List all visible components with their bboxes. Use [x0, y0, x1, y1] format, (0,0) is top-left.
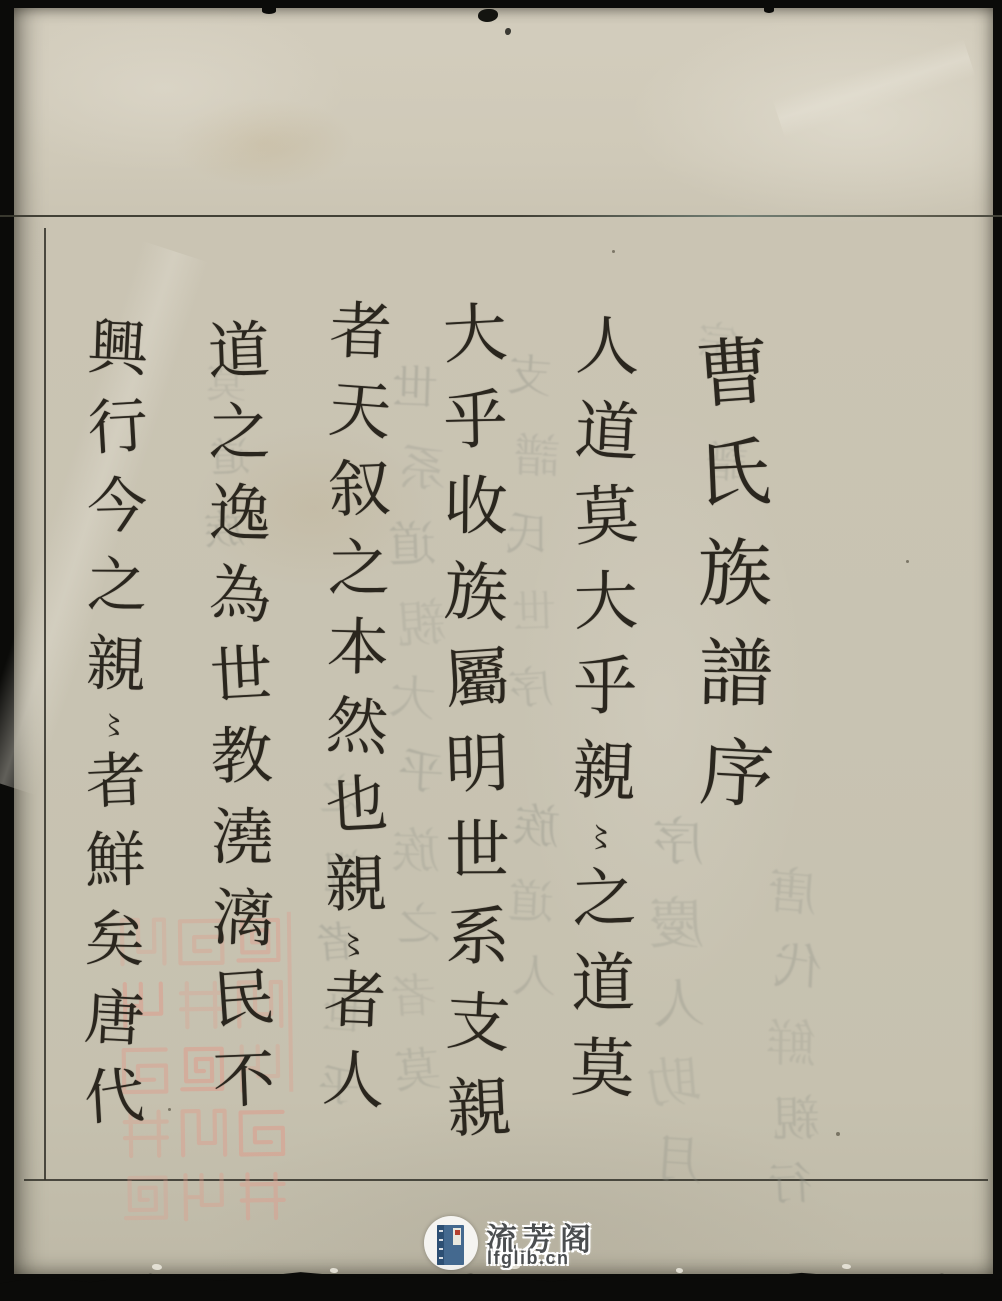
paper-chip	[676, 1268, 683, 1273]
text-column-2: 人道莫大乎親〻之道莫	[564, 312, 634, 1119]
text-column-4: 者天叙之本然也親〻者人	[317, 298, 386, 1125]
scanned-page: 宗譜序慶人助月世系道親大乎族之者莫支譜氏世序族道人之親者世乎莫道族唐代鮮親行 曹…	[0, 0, 1002, 1301]
book-label-mark	[455, 1230, 460, 1235]
paper-chip	[152, 1264, 162, 1270]
text-column-6: 興行今之親〻者鮮矣唐代	[81, 316, 145, 1144]
book-title-label	[453, 1228, 461, 1245]
paper-chip	[330, 1268, 338, 1273]
stitched-book-icon	[437, 1225, 464, 1265]
text-column-5: 道之逸為世教澆漓民不	[199, 318, 267, 1128]
paper-nick	[262, 8, 276, 14]
title-column: 曹氏族譜序	[691, 334, 770, 835]
calligraphy-columns: 曹氏族譜序人道莫大乎親〻之道莫大乎收族屬明世系支親者天叙之本然也親〻者人道之逸為…	[0, 0, 1002, 1301]
paper-nick	[764, 8, 774, 13]
watermark-circle	[424, 1216, 478, 1270]
watermark-site-url: lfglib.cn	[487, 1248, 570, 1269]
paper-chip	[842, 1264, 851, 1269]
text-column-3: 大乎收族屬明世系支親	[434, 300, 503, 1160]
watermark: 流芳阁 lfglib.cn	[424, 1214, 644, 1276]
